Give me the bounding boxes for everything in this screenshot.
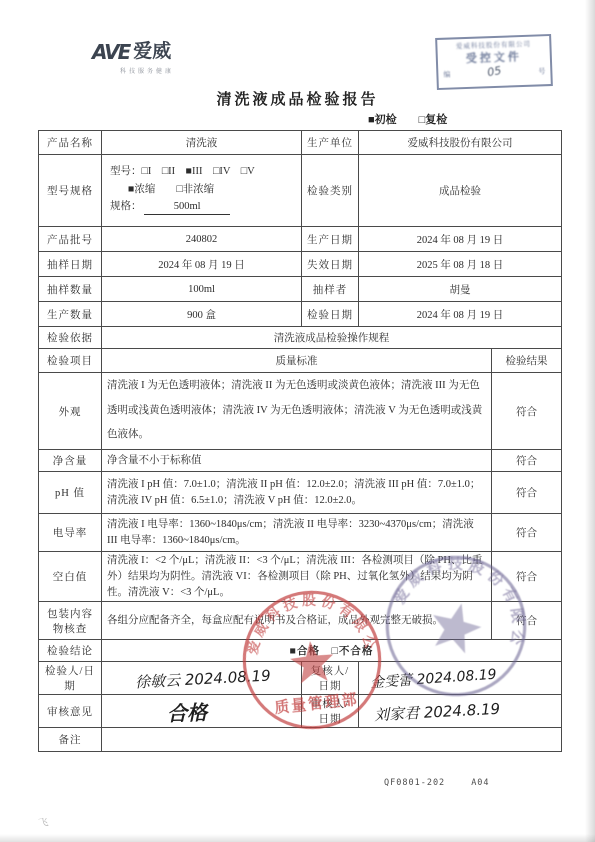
- blank-value-standard: 清洗液 I：<2 个/μL；清洗液 II：<3 个/μL；清洗液 III：各检测…: [102, 552, 492, 602]
- inspection-type-label: 检验类别: [302, 155, 359, 227]
- inspector-signature-cell: 徐敏云 2024.08.19: [102, 662, 302, 695]
- sampling-date-value: 2024 年 08 月 19 日: [102, 252, 302, 277]
- conclusion-value: ■合格 □不合格: [102, 640, 562, 662]
- table-row: 电导率 清洗液 I 电导率：1360~1840μs/cm；清洗液 II 电导率：…: [39, 514, 562, 552]
- standard-header: 质量标准: [102, 349, 492, 373]
- batch-label: 产品批号: [39, 227, 102, 252]
- sampler-value: 胡曼: [359, 277, 562, 302]
- package-check-label: 包装内容物核查: [39, 602, 102, 640]
- table-row: 审核意见 合格 审核人/日期 刘家君 2024.8.19: [39, 695, 562, 728]
- inspection-report-table: 产品名称 清洗液 生产单位 爱威科技股份有限公司 型号规格 型号：□I □II …: [38, 130, 562, 752]
- appearance-label: 外观: [39, 373, 102, 450]
- table-row: 型号规格 型号：□I □II ■III □IV □V ■浓缩 □非浓缩 规格： …: [39, 155, 562, 227]
- conclusion-label: 检验结论: [39, 640, 102, 662]
- table-row: 包装内容物核查 各组分应配备齐全，每盒应配有说明书及合格证，成品外观完整无破损。…: [39, 602, 562, 640]
- conductivity-standard: 清洗液 I 电导率：1360~1840μs/cm；清洗液 II 电导率：3230…: [102, 514, 492, 552]
- model-spec-label: 型号规格: [39, 155, 102, 227]
- recheck-checkbox: □复检: [419, 111, 448, 127]
- blank-value-result: 符合: [492, 552, 562, 602]
- page-title: 清洗液成品检验报告: [0, 88, 595, 109]
- table-row: 抽样日期 2024 年 08 月 19 日 失效日期 2025 年 08 月 1…: [39, 252, 562, 277]
- appearance-result: 符合: [492, 373, 562, 450]
- doc-stamp-right-char: 号: [538, 66, 545, 76]
- net-content-label: 净含量: [39, 450, 102, 472]
- basis-label: 检验依据: [39, 327, 102, 349]
- form-code: QF0801-202 A04: [384, 778, 490, 788]
- production-date-label: 生产日期: [302, 227, 359, 252]
- audit-opinion-handwritten: 合格: [167, 696, 208, 726]
- logo-ave-icon: AVE: [92, 42, 129, 62]
- producer-value: 爱威科技股份有限公司: [359, 131, 562, 155]
- ph-standard: 清洗液 I pH 值：7.0±1.0；清洗液 II pH 值：12.0±2.0；…: [102, 472, 492, 514]
- logo-tagline: 科技服务健康: [120, 66, 174, 75]
- form-code-revision: A04: [471, 778, 489, 788]
- audit-opinion-label: 审核意见: [39, 695, 102, 728]
- remarks-label: 备注: [39, 728, 102, 752]
- controlled-document-stamp: 爱威科技股份有限公司 受控文件 编 05 号: [435, 34, 553, 90]
- production-date-value: 2024 年 08 月 19 日: [359, 227, 562, 252]
- sampling-qty-label: 抽样数量: [39, 277, 102, 302]
- inspector-signature: 徐敏云 2024.08.19: [135, 664, 272, 692]
- table-row: pH 值 清洗液 I pH 值：7.0±1.0；清洗液 II pH 值：12.0…: [39, 472, 562, 514]
- corner-pencil-mark: 飞: [37, 813, 49, 830]
- initial-check-checkbox: ■初检: [368, 111, 397, 127]
- sampling-qty-value: 100ml: [102, 277, 302, 302]
- table-row: 备注: [39, 728, 562, 752]
- check-type-line: ■初检 □复检: [368, 111, 447, 127]
- model-checkbox-line: 型号：□I □II ■III □IV □V: [110, 166, 293, 179]
- table-row: 外观 清洗液 I 为无色透明液体；清洗液 II 为无色透明或淡黄色液体；清洗液 …: [39, 373, 562, 450]
- table-row: 检验结论 ■合格 □不合格: [39, 640, 562, 662]
- scan-edge-right: [585, 0, 595, 842]
- product-name-value: 清洗液: [102, 131, 302, 155]
- blank-value-label: 空白值: [39, 552, 102, 602]
- audit-opinion-cell: 合格: [102, 695, 302, 728]
- inspection-date-label: 检验日期: [302, 302, 359, 327]
- concentration-checkbox-line: ■浓缩 □非浓缩: [128, 184, 293, 197]
- inspector-label: 检验人/日期: [39, 662, 102, 695]
- spec-label: 规格：: [110, 201, 142, 212]
- table-row: 检验项目 质量标准 检验结果: [39, 349, 562, 373]
- auditor-label: 审核人/日期: [302, 695, 359, 728]
- result-header: 检验结果: [492, 349, 562, 373]
- logo-name: 爱威: [133, 42, 171, 61]
- basis-value: 清洗液成品检验操作规程: [102, 327, 562, 349]
- remarks-value: [102, 728, 562, 752]
- scan-edge-bottom: [0, 834, 595, 842]
- sampler-label: 抽样者: [302, 277, 359, 302]
- auditor-signature-cell: 刘家君 2024.8.19: [359, 695, 562, 728]
- production-qty-label: 生产数量: [39, 302, 102, 327]
- model-spec-cell: 型号：□I □II ■III □IV □V ■浓缩 □非浓缩 规格： 500ml: [102, 155, 302, 227]
- package-check-result: 符合: [492, 602, 562, 640]
- table-row: 检验依据 清洗液成品检验操作规程: [39, 327, 562, 349]
- package-check-standard: 各组分应配备齐全，每盒应配有说明书及合格证，成品外观完整无破损。: [102, 602, 492, 640]
- producer-label: 生产单位: [302, 131, 359, 155]
- inspection-date-value: 2024 年 08 月 19 日: [359, 302, 562, 327]
- ph-label: pH 值: [39, 472, 102, 514]
- table-row: 净含量 净含量不小于标称值 符合: [39, 450, 562, 472]
- form-code-number: QF0801-202: [384, 778, 445, 788]
- reviewer-signature: 金雯蕾 2024.08.19: [369, 664, 497, 693]
- expiry-date-label: 失效日期: [302, 252, 359, 277]
- net-content-standard: 净含量不小于标称值: [102, 450, 492, 472]
- table-row: 检验人/日期 徐敏云 2024.08.19 复核人/日期 金雯蕾 2024.08…: [39, 662, 562, 695]
- product-name-label: 产品名称: [39, 131, 102, 155]
- ph-result: 符合: [492, 472, 562, 514]
- table-row: 抽样数量 100ml 抽样者 胡曼: [39, 277, 562, 302]
- spec-value: 500ml: [144, 201, 230, 215]
- auditor-signature: 刘家君 2024.8.19: [374, 697, 501, 725]
- doc-stamp-left-char: 编: [443, 70, 450, 80]
- net-content-result: 符合: [492, 450, 562, 472]
- table-row: 产品名称 清洗液 生产单位 爱威科技股份有限公司: [39, 131, 562, 155]
- table-row: 空白值 清洗液 I：<2 个/μL；清洗液 II：<3 个/μL；清洗液 III…: [39, 552, 562, 602]
- conductivity-result: 符合: [492, 514, 562, 552]
- table-row: 产品批号 240802 生产日期 2024 年 08 月 19 日: [39, 227, 562, 252]
- inspection-type-value: 成品检验: [359, 155, 562, 227]
- sampling-date-label: 抽样日期: [39, 252, 102, 277]
- expiry-date-value: 2025 年 08 月 18 日: [359, 252, 562, 277]
- batch-value: 240802: [102, 227, 302, 252]
- conductivity-label: 电导率: [39, 514, 102, 552]
- reviewer-signature-cell: 金雯蕾 2024.08.19: [359, 662, 562, 695]
- company-logo: AVE 爱威 科技服务健康: [92, 42, 171, 62]
- appearance-standard: 清洗液 I 为无色透明液体；清洗液 II 为无色透明或淡黄色液体；清洗液 III…: [102, 373, 492, 450]
- table-row: 生产数量 900 盒 检验日期 2024 年 08 月 19 日: [39, 302, 562, 327]
- item-header: 检验项目: [39, 349, 102, 373]
- production-qty-value: 900 盒: [102, 302, 302, 327]
- reviewer-label: 复核人/日期: [302, 662, 359, 695]
- doc-stamp-handwritten-number: 05: [486, 64, 502, 79]
